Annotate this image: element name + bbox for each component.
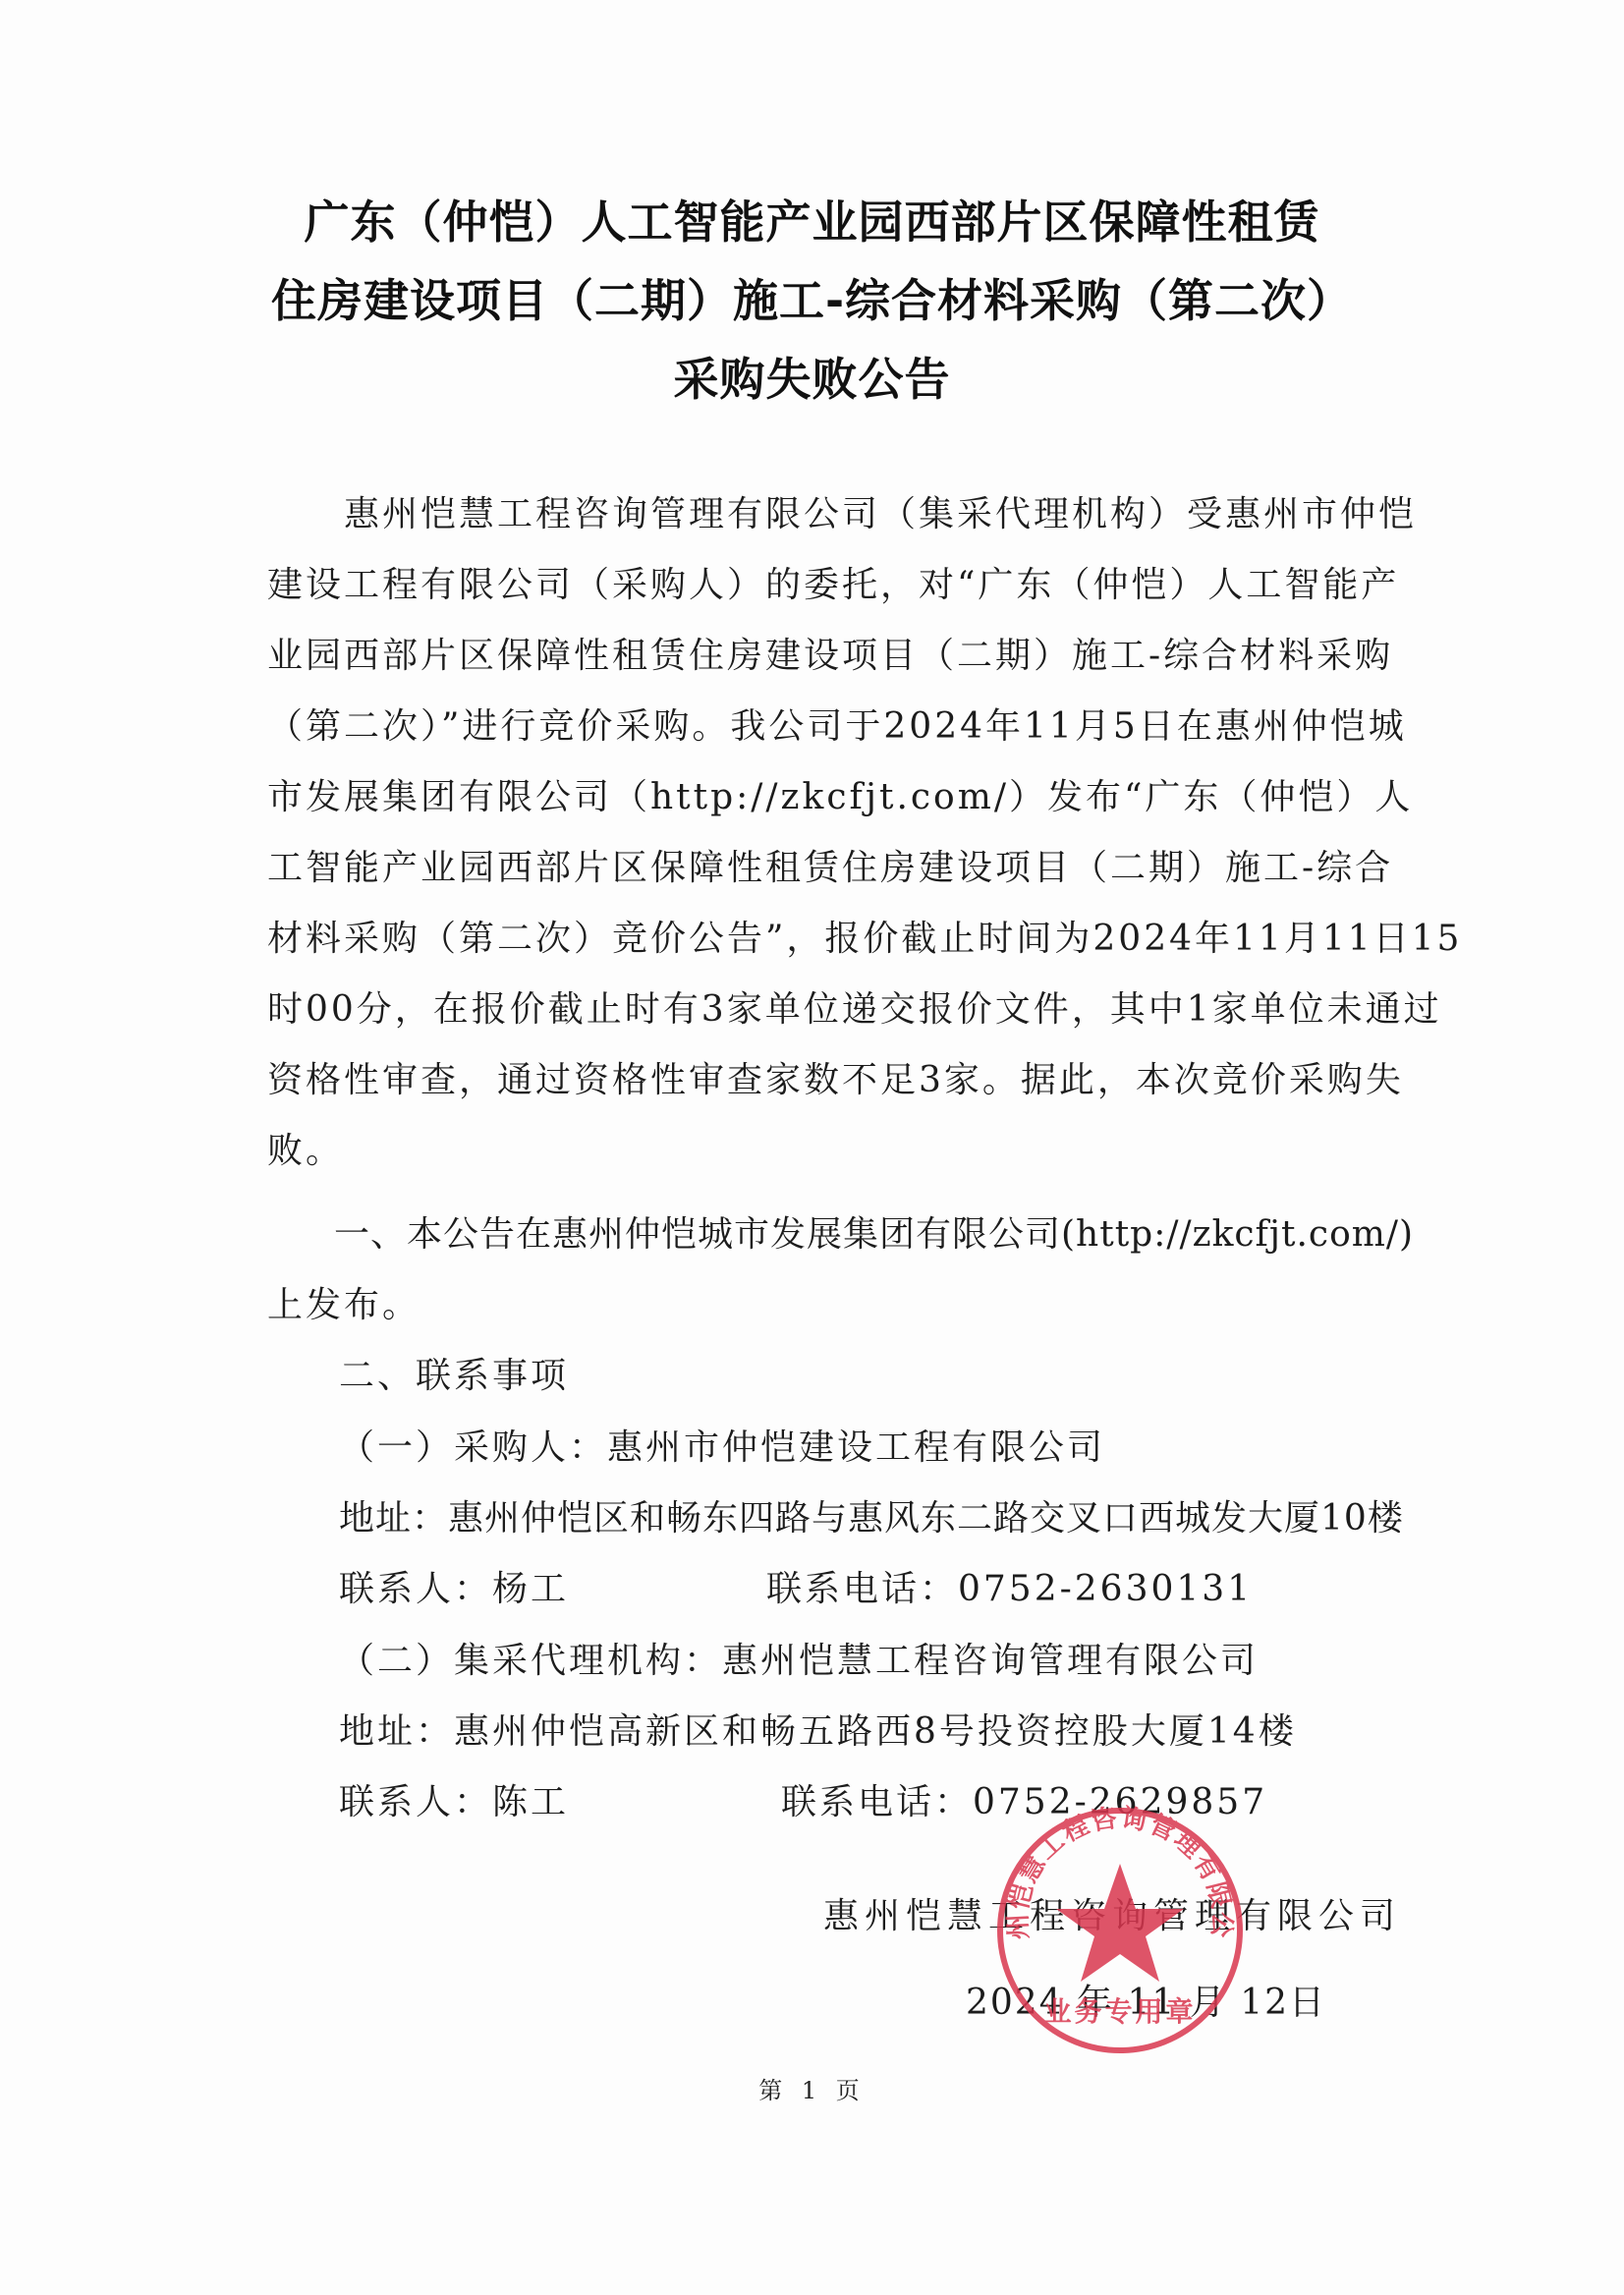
signature-date: 2024 年 11 月 12日 bbox=[966, 1975, 1326, 2025]
body-line: 市发展集团有限公司（http://zkcfjt.com/）发布“广东（仲恺）人 bbox=[267, 769, 1368, 819]
agency-contact: 联系人：陈工 bbox=[339, 1774, 569, 1824]
purchaser-phone: 联系电话：0752-2630131 bbox=[766, 1561, 1253, 1611]
body-line: 材料采购（第二次）竞价公告”，报价截止时间为2024年11月11日15 bbox=[267, 911, 1368, 961]
purchaser-address: 地址：惠州仲恺区和畅东四路与惠风东二路交叉口西城发大厦10楼 bbox=[339, 1490, 1404, 1540]
section-two-heading: 二、联系事项 bbox=[339, 1348, 569, 1398]
body-line: 资格性审查，通过资格性审查家数不足3家。据此，本次竞价采购失 bbox=[267, 1052, 1368, 1102]
agency-address: 地址：惠州仲恺高新区和畅五路西8号投资控股大厦14楼 bbox=[339, 1704, 1297, 1754]
body-line: 建设工程有限公司（采购人）的委托，对“广东（仲恺）人工智能产 bbox=[267, 557, 1368, 607]
title-line-3: 采购失败公告 bbox=[0, 344, 1624, 409]
purchaser-contact: 联系人：杨工 bbox=[339, 1561, 569, 1611]
section-one-line-2: 上发布。 bbox=[267, 1277, 420, 1327]
agency-label: （二）集采代理机构：惠州恺慧工程咨询管理有限公司 bbox=[339, 1633, 1259, 1683]
section-one-line-1: 一、本公告在惠州仲恺城市发展集团有限公司(http://zkcfjt.com/) bbox=[334, 1206, 1366, 1257]
purchaser-label: （一）采购人：惠州市仲恺建设工程有限公司 bbox=[339, 1420, 1105, 1470]
signature-company: 惠州恺慧工程咨询管理有限公司 bbox=[823, 1888, 1401, 1938]
title-line-1: 广东（仲恺）人工智能产业园西部片区保障性租赁 bbox=[0, 187, 1624, 252]
page-number: 第 1 页 bbox=[0, 2071, 1624, 2105]
body-line: 工智能产业园西部片区保障性租赁住房建设项目（二期）施工-综合 bbox=[267, 840, 1368, 890]
title-line-2: 住房建设项目（二期）施工-综合材料采购（第二次） bbox=[0, 265, 1624, 330]
body-line: 时00分，在报价截止时有3家单位递交报价文件，其中1家单位未通过 bbox=[267, 981, 1368, 1032]
document-page: 广东（仲恺）人工智能产业园西部片区保障性租赁 住房建设项目（二期）施工-综合材料… bbox=[0, 0, 1624, 2295]
body-line: 惠州恺慧工程咨询管理有限公司（集采代理机构）受惠州市仲恺 bbox=[344, 486, 1366, 536]
body-line: （第二次）”进行竞价采购。我公司于2024年11月5日在惠州仲恺城 bbox=[267, 699, 1368, 749]
agency-phone: 联系电话：0752-2629857 bbox=[781, 1774, 1267, 1824]
body-line: 败。 bbox=[267, 1123, 344, 1173]
body-line: 业园西部片区保障性租赁住房建设项目（二期）施工-综合材料采购 bbox=[267, 628, 1368, 678]
